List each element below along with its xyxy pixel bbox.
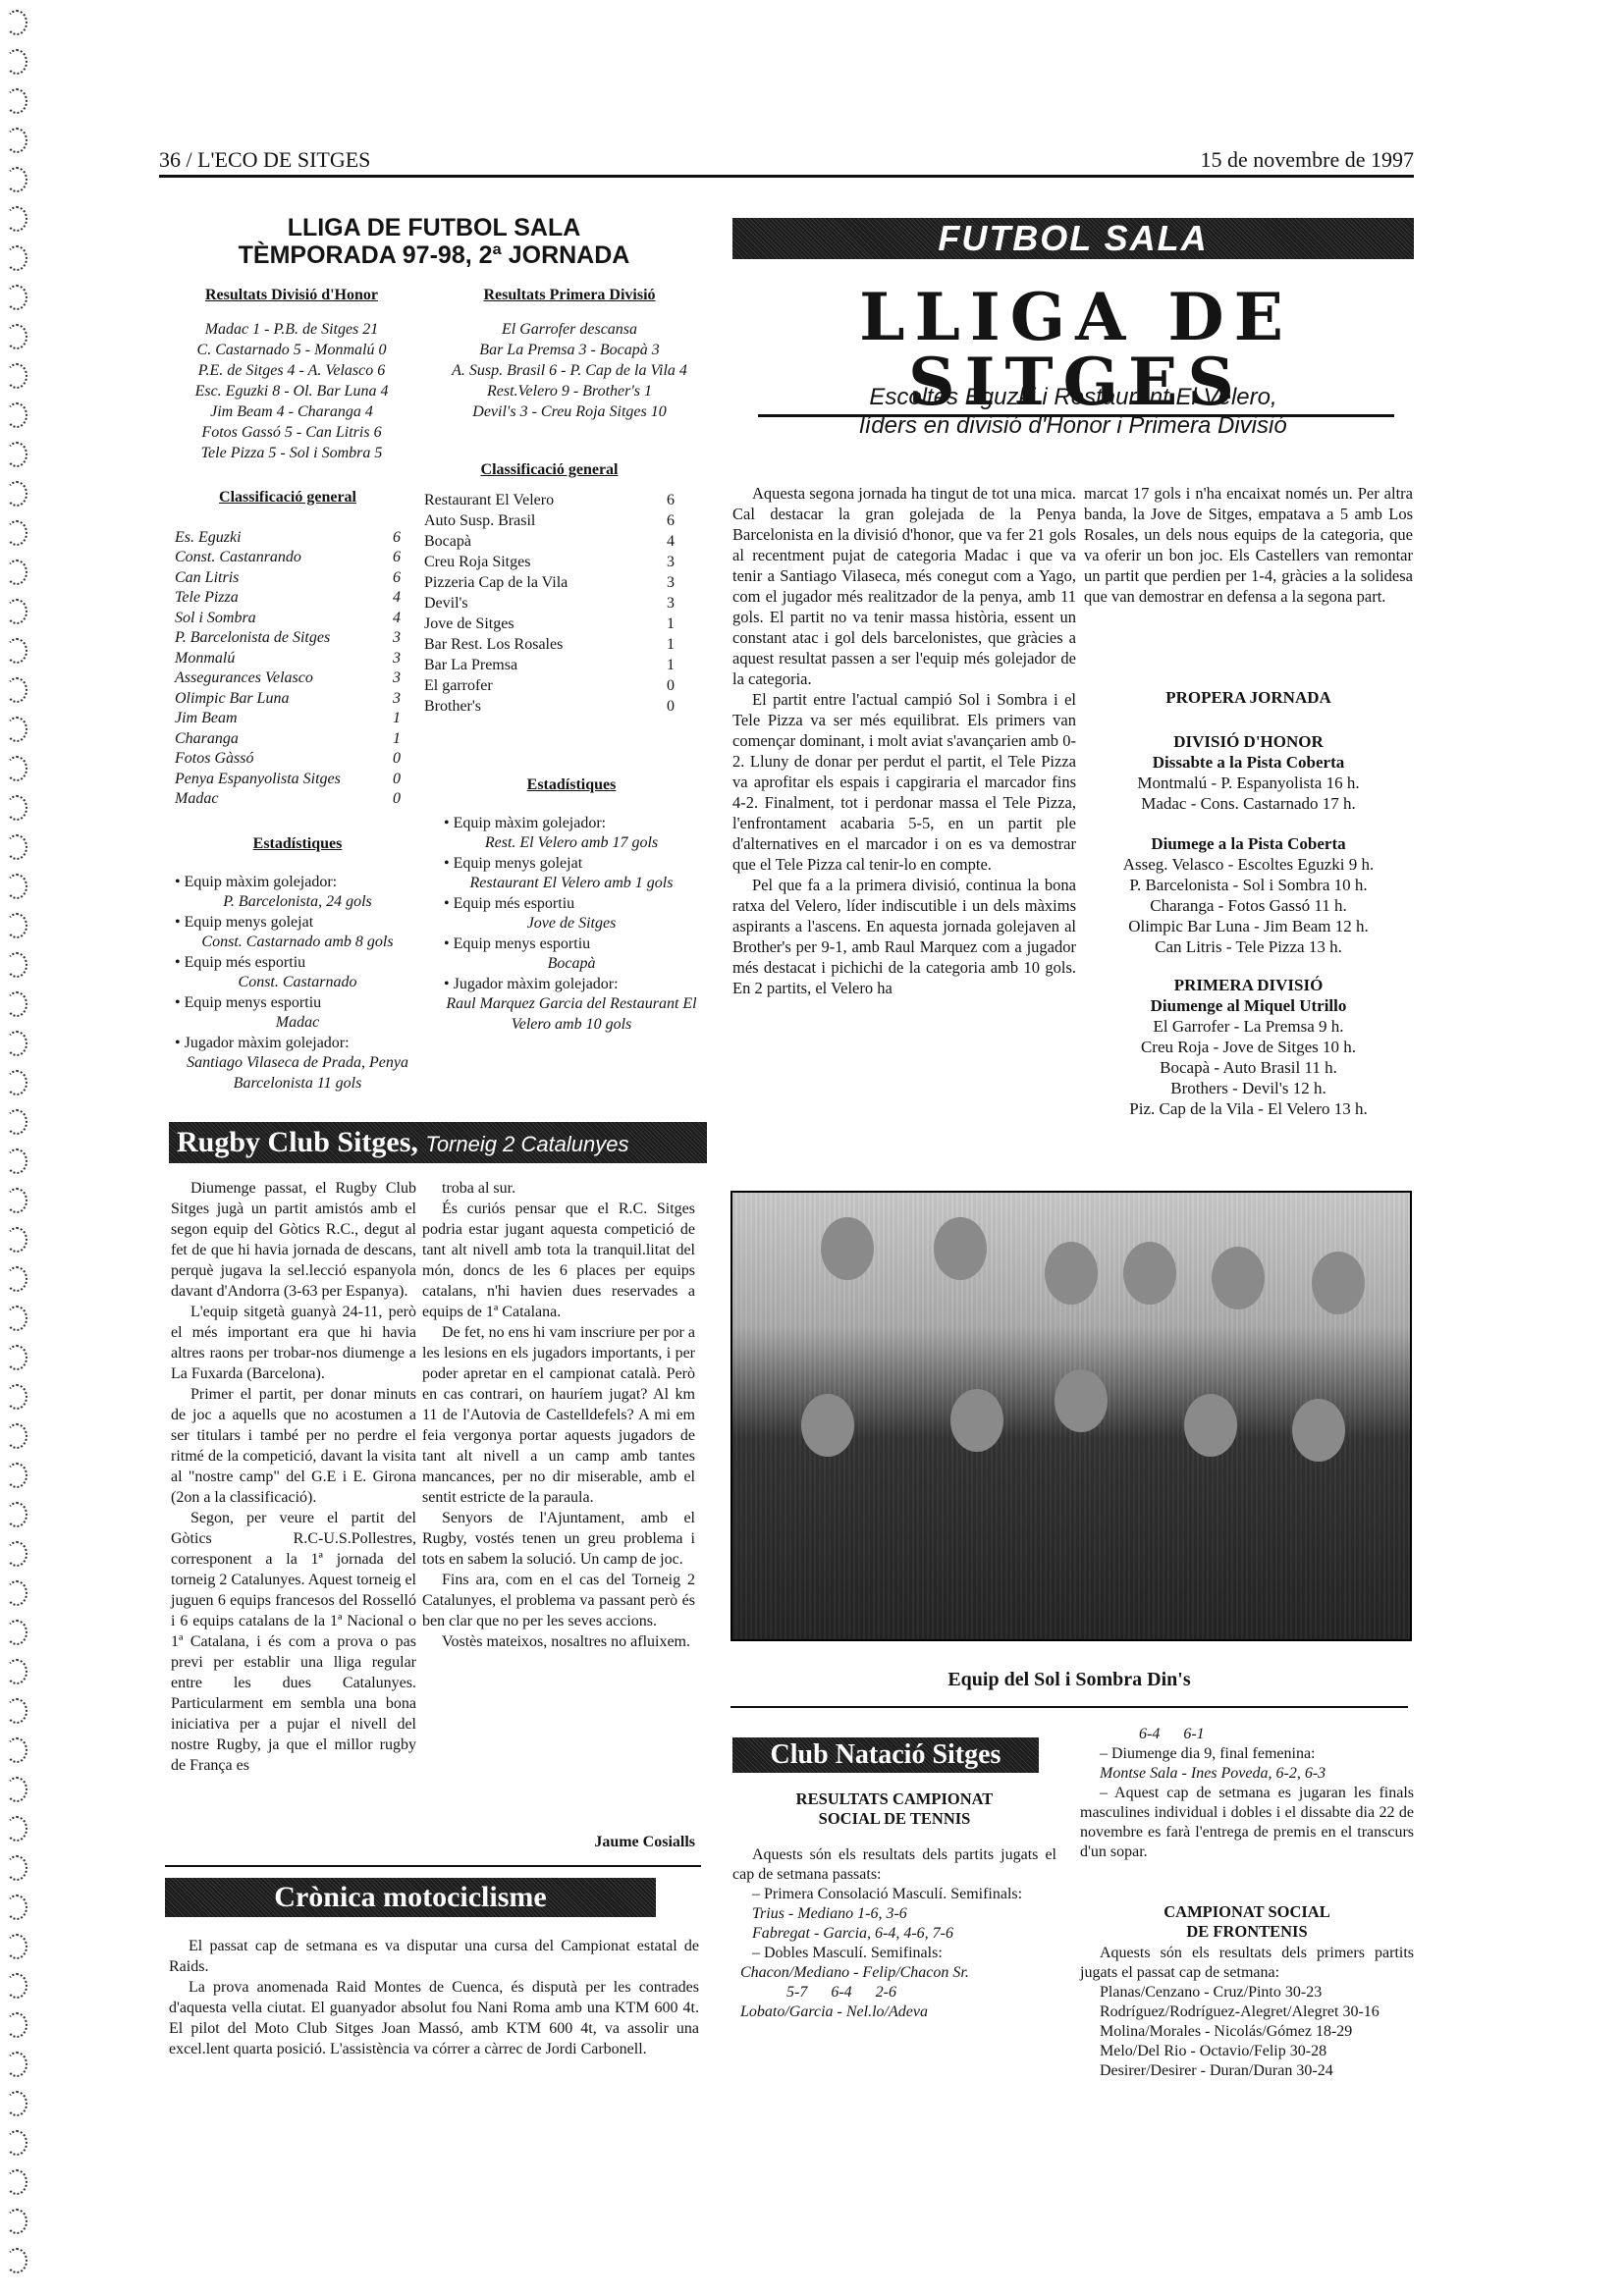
stat-label: • Equip més esportiu [444,894,699,915]
binder-hole-icon [6,2130,27,2156]
binder-hole-icon [6,638,27,664]
team-points: 6 [667,510,675,531]
binder-hole-icon [6,756,27,781]
primera-standings-table: Restaurant El Velero6Auto Susp. Brasil6B… [424,490,675,717]
team-name: Pizzeria Cap de la Vila [424,572,568,593]
standings-row: Jim Beam1 [175,709,401,729]
tennis-result: Fabregat - Garcia, 6-4, 4-6, 7-6 [732,1924,1056,1944]
rugby-banner: Rugby Club Sitges, Torneig 2 Catalunyes [169,1122,707,1163]
primera-results: Resultats Primera Divisió El Garrofer de… [427,285,712,422]
stat-label: • Equip màxim golejador: [175,873,420,893]
article-paragraph: Pel que fa a la primera divisió, continu… [732,875,1076,998]
fixture: Madac - Cons. Castarnado 17 h. [1084,793,1413,814]
honor-stats: Estadístiques • Equip màxim golejador:P.… [175,834,420,1094]
binder-hole-icon [6,795,27,821]
binder-hole-icon [6,245,27,271]
tennis-note: – Aquest cap de setmana es jugaran les f… [1080,1784,1414,1862]
article-paragraph: Diumenge passat, el Rugby Club Sitges ju… [171,1178,416,1302]
binder-hole-icon [6,520,27,546]
binder-holes [6,10,35,2287]
fixture: Can Litris - Tele Pizza 13 h. [1084,936,1413,957]
stat-label: • Equip màxim golejador: [444,814,699,834]
tennis-cat2: – Dobles Masculí. Semifinals: [732,1944,1056,1963]
tennis-intro: Aquests són els resultats dels partits j… [732,1845,1056,1885]
tennis-result: Chacon/Mediano - Felip/Chacon Sr. [732,1963,1056,1983]
binder-hole-icon [6,1855,27,1881]
binder-hole-icon [6,442,27,467]
article-paragraph: Senyors de l'Ajuntament, amb el Rugby, v… [422,1508,695,1570]
primera-stats-list: • Equip màxim golejador:Rest. El Velero … [444,814,699,1036]
fixture: Charanga - Fotos Gassó 11 h. [1084,895,1413,916]
standings-row: Jove de Sitges1 [424,614,675,634]
article-paragraph: Primer el partit, per donar minuts de jo… [171,1384,416,1508]
team-points: 3 [667,552,675,572]
team-name: Penya Espanyolista Sitges [175,770,341,790]
fixture: Montmalú - P. Espanyolista 16 h. [1084,773,1413,793]
stat-value: Restaurant El Velero amb 1 gols [444,874,699,894]
article-paragraph: És curiós pensar que el R.C. Sitges podr… [422,1199,695,1322]
futbol-col2-text: marcat 17 gols i n'ha encaixat només un.… [1084,483,1413,607]
team-points: 6 [667,490,675,510]
fixture: Brothers - Devil's 12 h. [1084,1078,1413,1098]
binder-hole-icon [6,206,27,232]
match-result: Devil's 3 - Creu Roja Sitges 10 [427,401,712,422]
binder-hole-icon [6,677,27,703]
team-name: Restaurant El Velero [424,490,554,510]
next-honor-title: DIVISIÓ D'HONOR [1084,731,1413,752]
team-name: Jim Beam [175,709,238,729]
natacio-banner: Club Natació Sitges [732,1737,1039,1773]
honor-standings: Classificació general Es. Eguzki6Const. … [175,488,401,810]
team-name: Creu Roja Sitges [424,552,530,572]
stat-label: • Equip menys golejat [175,913,420,934]
team-name: Olimpic Bar Luna [175,689,289,710]
next-primera-title: PRIMERA DIVISIÓ [1084,975,1413,995]
binder-hole-icon [6,2209,27,2234]
honor-results-list: Madac 1 - P.B. de Sitges 21C. Castarnado… [159,319,424,463]
binder-hole-icon [6,1659,27,1684]
binder-hole-icon [6,717,27,742]
next-primera-sub: Diumenge al Miquel Utrillo [1084,995,1413,1016]
team-points: 3 [667,593,675,614]
standings-row: Can Litris6 [175,568,401,589]
binder-hole-icon [6,560,27,585]
primera-standings: Classificació general Restaurant El Vele… [424,459,675,717]
primera-results-list: El Garrofer descansaBar La Premsa 3 - Bo… [427,319,712,422]
stat-label: • Jugador màxim golejador: [444,975,699,995]
tennis-title-2: SOCIAL DE TENNIS [732,1809,1056,1829]
binder-hole-icon [6,49,27,75]
page-number-title: 36 / L'ECO DE SITGES [159,147,370,173]
standings-row: Olimpic Bar Luna3 [175,689,401,710]
futbol-article-col2: marcat 17 gols i n'ha encaixat només un.… [1084,483,1413,607]
standings-row: Restaurant El Velero6 [424,490,675,510]
stat-value: Madac [175,1013,420,1034]
team-name: Fotos Gàssó [175,749,253,770]
team-name: Assegurances Velasco [175,668,313,689]
binder-hole-icon [6,2091,27,2116]
team-name: Es. Eguzki [175,528,242,549]
binder-hole-icon [6,2248,27,2273]
honor-standings-title: Classificació general [175,488,401,508]
league-title-line2: TÈMPORADA 97-98, 2ª JORNADA [159,241,709,269]
binder-hole-icon [6,88,27,114]
article-paragraph: Vostès mateixos, nosaltres no afluixem. [422,1631,695,1652]
team-name: Madac [175,789,218,810]
match-result: Bar La Premsa 3 - Bocapà 3 [427,340,712,360]
binder-hole-icon [6,874,27,899]
stat-label: • Equip més esportiu [175,953,420,974]
team-points: 0 [393,749,401,770]
article-paragraph: troba al sur. [422,1178,695,1199]
stat-value: Const. Castarnado [175,973,420,993]
team-points: 0 [667,696,675,717]
match-result: El Garrofer descansa [427,319,712,340]
article-paragraph: Aquesta segona jornada ha tingut de tot … [732,483,1076,689]
frontenis-result: Desirer/Desirer - Duran/Duran 30-24 [1100,2061,1414,2081]
standings-row: Bar La Premsa1 [424,655,675,675]
binder-hole-icon [6,167,27,192]
team-name: Devil's [424,593,468,614]
standings-row: Charanga1 [175,729,401,750]
binder-hole-icon [6,1502,27,1527]
binder-hole-icon [6,1698,27,1724]
team-points: 6 [393,528,401,549]
stat-label: • Equip menys esportiu [175,993,420,1014]
team-name: Monmalú [175,649,235,669]
team-points: 0 [393,789,401,810]
team-name: Auto Susp. Brasil [424,510,535,531]
team-name: P. Barcelonista de Sitges [175,628,330,649]
team-points: 4 [667,531,675,552]
tennis-scores: 6-4 6-1 [1080,1725,1414,1744]
standings-row: Tele Pizza4 [175,588,401,609]
standings-row: El garrofer0 [424,675,675,696]
standings-row: Fotos Gàssó0 [175,749,401,770]
tennis-result: Montse Sala - Ines Poveda, 6-2, 6-3 [1080,1764,1414,1784]
binder-hole-icon [6,1463,27,1488]
match-result: Tele Pizza 5 - Sol i Sombra 5 [159,443,424,463]
rugby-banner-title: Rugby Club Sitges, [177,1126,418,1158]
standings-row: Creu Roja Sitges3 [424,552,675,572]
tennis-title-1: RESULTATS CAMPIONAT [732,1789,1056,1809]
futbol-article-col1: Aquesta segona jornada ha tingut de tot … [732,483,1076,998]
fixture: Piz. Cap de la Vila - El Velero 13 h. [1084,1098,1413,1119]
standings-row: Brother's0 [424,696,675,717]
next-sun-list: Asseg. Velasco - Escoltes Eguzki 9 h.P. … [1084,854,1413,957]
match-result: Rest.Velero 9 - Brother's 1 [427,381,712,401]
frontenis-result: Melo/Del Rio - Octavio/Felip 30-28 [1100,2042,1414,2061]
issue-date: 15 de novembre de 1997 [1201,147,1415,173]
rugby-col1: Diumenge passat, el Rugby Club Sitges ju… [171,1178,416,1776]
futbol-subheadline: Escoltes Eguzki i Restaurant El Velero, … [732,383,1414,440]
tennis-results-cont: 6-4 6-1 – Diumenge dia 9, final femenina… [1080,1725,1414,1862]
frontenis-list: Planas/Cenzano - Cruz/Pinto 30-23Rodrígu… [1080,1983,1414,2081]
honor-stats-list: • Equip màxim golejador:P. Barcelonista,… [175,873,420,1095]
honor-results: Resultats Divisió d'Honor Madac 1 - P.B.… [159,285,424,463]
fixture: Asseg. Velasco - Escoltes Eguzki 9 h. [1084,854,1413,875]
binder-hole-icon [6,1188,27,1213]
team-name: Sol i Sombra [175,609,256,629]
match-result: Fotos Gassó 5 - Can Litris 6 [159,422,424,443]
binder-hole-icon [6,1737,27,1763]
league-title-line1: LLIGA DE FUTBOL SALA [159,214,709,241]
fixture: El Garrofer - La Premsa 9 h. [1084,1016,1413,1037]
binder-hole-icon [6,1109,27,1135]
frontenis-title-2: DE FRONTENIS [1080,1922,1414,1942]
rugby-banner-sub: Torneig 2 Catalunyes [425,1132,628,1156]
league-title: LLIGA DE FUTBOL SALA TÈMPORADA 97-98, 2ª… [159,214,709,269]
futbol-sala-banner: FUTBOL SALA [732,218,1414,259]
tennis-result: Lobato/Garcia - Nel.lo/Adeva [732,2002,1056,2022]
photo-caption: Equip del Sol i Sombra Din's [730,1669,1408,1691]
tennis-title: RESULTATS CAMPIONAT SOCIAL DE TENNIS [732,1789,1056,1829]
honor-results-title: Resultats Divisió d'Honor [159,285,424,305]
binder-hole-icon [6,1816,27,1842]
team-points: 0 [667,675,675,696]
tennis-result: Trius - Mediano 1-6, 3-6 [732,1904,1056,1924]
binder-hole-icon [6,324,27,349]
tennis-results: Aquests són els resultats dels partits j… [732,1845,1056,2022]
binder-hole-icon [6,1345,27,1370]
article-paragraph: Fins ara, com en el cas del Torneig 2 Ca… [422,1570,695,1631]
binder-hole-icon [6,913,27,938]
article-paragraph: El passat cap de setmana es va disputar … [169,1936,699,1977]
standings-row: Bar Rest. Los Rosales1 [424,634,675,655]
fixture: Olimpic Bar Luna - Jim Beam 12 h. [1084,916,1413,936]
frontenis-intro: Aquests són els resultats dels primers p… [1080,1944,1414,1983]
binder-hole-icon [6,1541,27,1567]
stat-value: Rest. El Velero amb 17 gols [444,833,699,854]
tennis-scores: 5-7 6-4 2-6 [732,1983,1056,2002]
binder-hole-icon [6,1306,27,1331]
binder-hole-icon [6,2052,27,2077]
next-sat-title: Dissabte a la Pista Coberta [1084,752,1413,773]
article-paragraph: Segon, per veure el partit del Gòtics R.… [171,1508,416,1776]
moto-article: El passat cap de setmana es va disputar … [169,1936,699,2059]
next-fixtures: PROPERA JORNADA DIVISIÓ D'HONOR Dissabte… [1084,687,1413,1119]
binder-hole-icon [6,481,27,507]
team-points: 6 [393,548,401,568]
team-points: 0 [393,770,401,790]
match-result: Madac 1 - P.B. de Sitges 21 [159,319,424,340]
team-name: Can Litris [175,568,239,589]
article-paragraph: La prova anomenada Raid Montes de Cuenca… [169,1977,699,2059]
match-result: Jim Beam 4 - Charanga 4 [159,401,424,422]
standings-row: Sol i Sombra4 [175,609,401,629]
masthead: 36 / L'ECO DE SITGES 15 de novembre de 1… [159,147,1414,178]
team-points: 3 [393,649,401,669]
team-photo [730,1191,1412,1641]
standings-row: Auto Susp. Brasil6 [424,510,675,531]
next-title: PROPERA JORNADA [1084,687,1413,708]
binder-hole-icon [6,1973,27,1999]
team-name: Const. Castanrando [175,548,301,568]
binder-hole-icon [6,1777,27,1802]
team-points: 1 [667,634,675,655]
tennis-fem-cat: – Diumenge dia 9, final femenina: [1080,1744,1414,1764]
team-name: Charanga [175,729,239,750]
team-name: Jove de Sitges [424,614,514,634]
team-points: 6 [393,568,401,589]
fixture: Creu Roja - Jove de Sitges 10 h. [1084,1037,1413,1057]
primera-stats-title: Estadístiques [444,775,699,796]
subhead-line2: líders en divisió d'Honor i Primera Divi… [732,411,1414,440]
primera-standings-title: Classificació general [424,459,675,480]
team-points: 1 [393,729,401,750]
standings-row: Assegurances Velasco3 [175,668,401,689]
article-paragraph: El partit entre l'actual campió Sol i So… [732,689,1076,875]
binder-hole-icon [6,285,27,310]
divider [730,1706,1408,1708]
frontenis-result: Rodríguez/Rodríguez-Alegret/Alegret 30-1… [1100,2002,1414,2022]
team-points: 1 [667,655,675,675]
binder-hole-icon [6,1580,27,1606]
team-points: 3 [393,628,401,649]
standings-row: Es. Eguzki6 [175,528,401,549]
team-points: 1 [667,614,675,634]
team-points: 1 [393,709,401,729]
fixture: Bocapà - Auto Brasil 11 h. [1084,1057,1413,1078]
team-name: Bocapà [424,531,471,552]
match-result: C. Castarnado 5 - Monmalú 0 [159,340,424,360]
frontenis-title: CAMPIONAT SOCIAL DE FRONTENIS [1080,1902,1414,1942]
binder-hole-icon [6,1070,27,1095]
binder-hole-icon [6,1031,27,1056]
team-name: Bar La Premsa [424,655,517,675]
binder-hole-icon [6,402,27,428]
team-points: 4 [393,588,401,609]
team-points: 4 [393,609,401,629]
binder-hole-icon [6,1266,27,1292]
stat-value: Jove de Sitges [444,914,699,934]
standings-row: Bocapà4 [424,531,675,552]
binder-hole-icon [6,1895,27,1920]
stat-value: Bocapà [444,954,699,975]
match-result: P.E. de Sitges 4 - A. Velasco 6 [159,360,424,381]
binder-hole-icon [6,1423,27,1449]
tennis-cat1: – Primera Consolació Masculí. Semifinals… [732,1885,1056,1904]
standings-row: Pizzeria Cap de la Vila3 [424,572,675,593]
binder-hole-icon [6,834,27,860]
stat-label: • Equip menys golejat [444,854,699,875]
binder-hole-icon [6,1227,27,1253]
stat-value: P. Barcelonista, 24 gols [175,892,420,913]
article-paragraph: L'equip sitgetà guanyà 24-11, però el mé… [171,1302,416,1384]
fixture: P. Barcelonista - Sol i Sombra 10 h. [1084,875,1413,895]
standings-row: P. Barcelonista de Sitges3 [175,628,401,649]
team-name: Brother's [424,696,481,717]
binder-hole-icon [6,10,27,35]
standings-row: Devil's3 [424,593,675,614]
team-name: Bar Rest. Los Rosales [424,634,563,655]
next-sat-list: Montmalú - P. Espanyolista 16 h.Madac - … [1084,773,1413,814]
frontenis-result: Molina/Morales - Nicolás/Gómez 18-29 [1100,2022,1414,2042]
binder-hole-icon [6,2012,27,2038]
binder-hole-icon [6,128,27,153]
honor-stats-title: Estadístiques [175,834,420,855]
next-sun-title: Diumege a la Pista Coberta [1084,833,1413,854]
article-paragraph: De fet, no ens hi vam inscriure per por … [422,1322,695,1508]
standings-row: Monmalú3 [175,649,401,669]
binder-hole-icon [6,363,27,389]
standings-row: Const. Castanrando6 [175,548,401,568]
team-name: El garrofer [424,675,493,696]
honor-standings-table: Es. Eguzki6Const. Castanrando6Can Litris… [175,528,401,810]
rugby-col2: troba al sur.És curiós pensar que el R.C… [422,1178,695,1652]
binder-hole-icon [6,952,27,978]
team-name: Tele Pizza [175,588,239,609]
match-result: A. Susp. Brasil 6 - P. Cap de la Vila 4 [427,360,712,381]
stat-value: Raul Marquez Garcia del Restaurant El Ve… [444,994,699,1035]
frontenis-title-1: CAMPIONAT SOCIAL [1080,1902,1414,1922]
rugby-author: Jaume Cosialls [422,1834,695,1851]
binder-hole-icon [6,1934,27,1959]
divider [165,1865,701,1867]
binder-hole-icon [6,2169,27,2195]
binder-hole-icon [6,1620,27,1645]
frontenis-results: Aquests són els resultats dels primers p… [1080,1944,1414,2081]
binder-hole-icon [6,1384,27,1410]
stat-value: Santiago Vilaseca de Prada, Penya Barcel… [175,1053,420,1094]
primera-results-title: Resultats Primera Divisió [427,285,712,305]
subhead-line1: Escoltes Eguzki i Restaurant El Velero, [732,383,1414,411]
binder-hole-icon [6,991,27,1017]
team-points: 3 [667,572,675,593]
standings-row: Penya Espanyolista Sitges0 [175,770,401,790]
stat-label: • Jugador màxim golejador: [175,1034,420,1054]
primera-stats: Estadístiques • Equip màxim golejador:Re… [444,775,699,1035]
frontenis-result: Planas/Cenzano - Cruz/Pinto 30-23 [1100,1983,1414,2002]
binder-hole-icon [6,599,27,624]
team-points: 3 [393,668,401,689]
standings-row: Madac0 [175,789,401,810]
next-primera-list: El Garrofer - La Premsa 9 h.Creu Roja - … [1084,1016,1413,1119]
binder-hole-icon [6,1148,27,1174]
stat-label: • Equip menys esportiu [444,934,699,955]
stat-value: Const. Castarnado amb 8 gols [175,933,420,953]
team-points: 3 [393,689,401,710]
moto-banner: Crònica motociclisme [165,1878,656,1917]
match-result: Esc. Eguzki 8 - Ol. Bar Luna 4 [159,381,424,401]
